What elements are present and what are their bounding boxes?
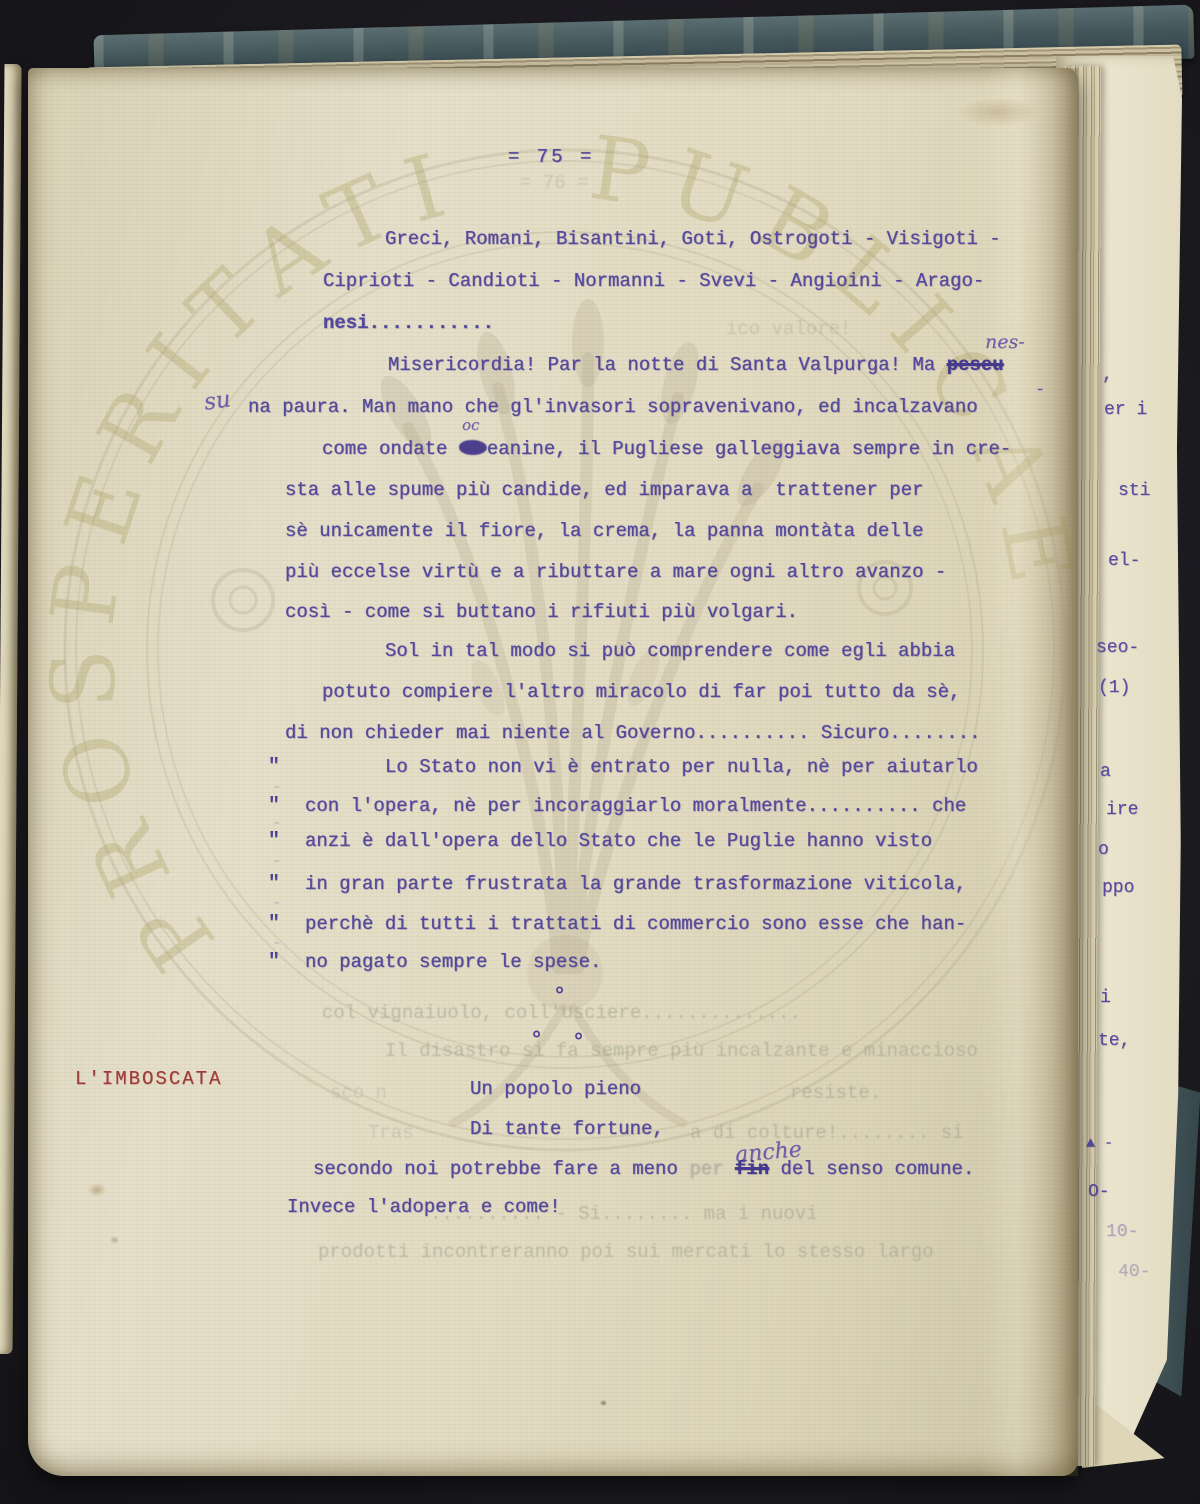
scanned-book-photo: , er i sti el- seo- (1) a ire o ppo i te… [0, 0, 1200, 1504]
separator-mark: ° [553, 984, 566, 1009]
bleedthrough-line: Il disastro si fa sempre più incalzante … [385, 1040, 978, 1062]
typed-line: Sol in tal modo si può comprendere come … [385, 640, 955, 662]
handwritten-insertion: su [202, 386, 232, 415]
margin-quote-mark: " [268, 951, 280, 974]
bleedthrough-line: ico valore! [726, 318, 851, 340]
typed-line: in gran parte frustrata la grande trasfo… [305, 873, 966, 895]
margin-heading-imboscata: L'IMBOSCATA [75, 1068, 222, 1090]
next-page-text-fragment: te, [1098, 1031, 1130, 1051]
margin-quote-mark: " [268, 873, 280, 896]
typed-line: potuto compiere l'altro miracolo di far … [322, 681, 961, 703]
typed-line: con l'opera, nè per incoraggiarlo moralm… [305, 795, 966, 817]
bleedthrough-line: resiste. [790, 1082, 881, 1104]
typed-line: nesi........... [323, 312, 494, 334]
next-page-text-fragment: 10- [1106, 1222, 1138, 1242]
typed-line: anzi è dall'opera dello Stato che le Pug… [305, 830, 932, 852]
struck-word: fin [735, 1158, 769, 1180]
margin-quote-mark: " [268, 913, 280, 936]
handwritten-mark: - [1037, 378, 1043, 399]
typed-line: sè unicamente il fiore, la crema, la pan… [285, 520, 924, 542]
typed-line: Ciprioti - Candioti - Normanni - Svevi -… [323, 270, 984, 292]
ink-blot [459, 440, 487, 455]
typed-line: Lo Stato non vi è entrato per nulla, nè … [385, 756, 978, 778]
bleedthrough-line: a di colture!........ si [690, 1122, 964, 1144]
margin-tick: - [272, 894, 282, 912]
page-number: = 75 = [508, 146, 594, 168]
typed-line: di non chieder mai niente al Governo....… [285, 722, 981, 744]
verse-line: Di tante fortune, [470, 1118, 664, 1140]
margin-quote-mark: " [268, 756, 280, 779]
bleedthrough-line: Tras [368, 1122, 414, 1144]
bleedthrough-line: sco n [330, 1082, 387, 1104]
typed-line: sta alle spume più candide, ed imparava … [285, 479, 924, 501]
typed-line: no pagato sempre le spese. [305, 951, 601, 973]
paper-stain [88, 1183, 106, 1197]
next-page-text-fragment: ▲ - [1086, 1135, 1113, 1152]
paper-speck [600, 1400, 607, 1406]
struck-word: peseu [947, 354, 1004, 376]
handwritten-correction: oc [462, 416, 479, 434]
typed-line: perchè di tutti i trattati di commercio … [305, 913, 966, 935]
separator-mark: ° [572, 1030, 585, 1055]
bleedthrough-word: per [689, 1158, 723, 1180]
next-page-text-fragment: ire [1106, 800, 1138, 820]
next-page-text-fragment: 40- [1118, 1262, 1150, 1282]
page-curl-shading [978, 68, 1078, 1476]
next-page-text-fragment: o [1098, 840, 1109, 860]
next-page-text-fragment: er i [1104, 400, 1147, 420]
next-page-text-fragment: a [1100, 762, 1111, 782]
paper-stain [958, 98, 1038, 126]
margin-tick: - [272, 852, 282, 870]
typed-line: Greci, Romani, Bisantini, Goti, Ostrogot… [385, 228, 1001, 250]
handwritten-correction: nes- [985, 331, 1025, 353]
next-page-text-fragment: el- [1108, 551, 1140, 571]
bleedthrough-line: = 76 = [520, 172, 588, 194]
typed-text: secondo noi potrebbe fare a meno [313, 1158, 689, 1180]
typed-text: eanine, il Pugliese galleggiava sempre i… [487, 438, 1012, 460]
verse-line: Un popolo pieno [470, 1078, 641, 1100]
typed-line: secondo noi potrebbe fare a meno per fin… [313, 1158, 974, 1180]
next-page-text-fragment: , [1102, 365, 1113, 385]
margin-tick: - [272, 934, 282, 952]
next-page-text-fragment: (1) [1098, 678, 1130, 698]
typed-line: più eccelse virtù e a ributtare a mare o… [285, 561, 946, 583]
next-page-text-fragment: ppo [1102, 878, 1134, 898]
next-page-text-fragment: i [1100, 988, 1111, 1008]
next-page-text-fragment: O- [1088, 1182, 1110, 1202]
manuscript-page: PROSPERITATI PUBLICAE [28, 68, 1078, 1476]
typed-text: del senso comune. [769, 1158, 974, 1180]
separator-mark: ° [530, 1028, 543, 1053]
typed-line: Misericordia! Par la notte di Santa Valp… [388, 354, 1004, 376]
typed-line: na paura. Man mano che gl'invasori sopra… [248, 396, 978, 418]
typed-text: come ondate [322, 438, 459, 460]
margin-quote-mark: " [268, 830, 280, 853]
next-page-text-fragment: seo- [1096, 638, 1139, 658]
left-page-sliver [0, 64, 22, 1354]
typed-line: così - come si buttano i rifiuti più vol… [285, 601, 798, 623]
typed-text: Misericordia! Par la notte di Santa Valp… [388, 354, 947, 376]
typed-line: Invece l'adopera e come! [287, 1196, 561, 1218]
typed-line: come ondate eanine, il Pugliese galleggi… [322, 438, 1011, 460]
paper-stain [110, 1236, 119, 1244]
next-page-text-fragment: sti [1118, 481, 1150, 501]
margin-tick: - [272, 778, 282, 796]
bleedthrough-line: prodotti incontreranno poi sui mercati l… [318, 1241, 934, 1263]
